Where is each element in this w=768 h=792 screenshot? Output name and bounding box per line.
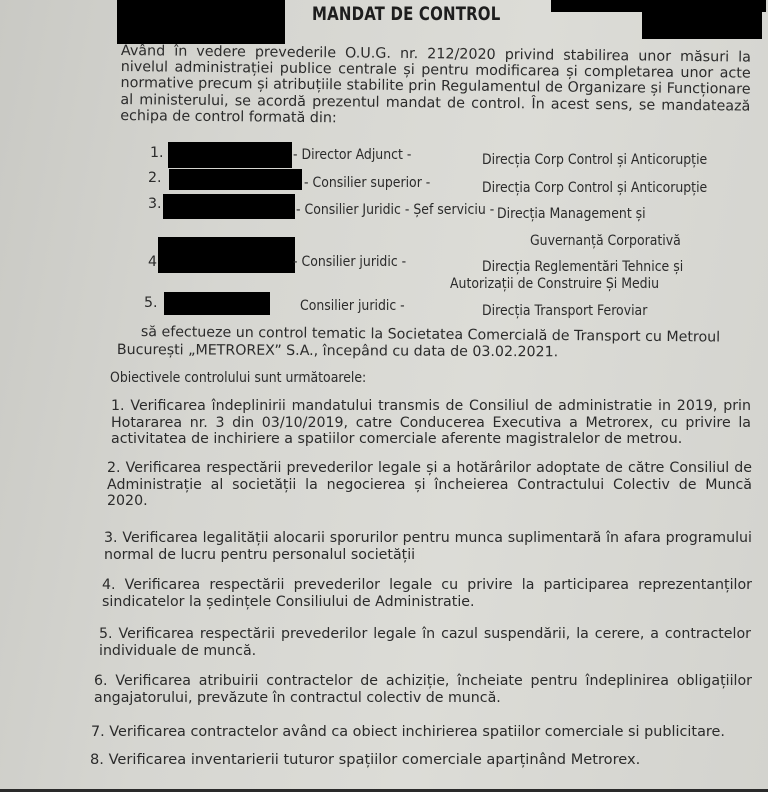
redacted-name xyxy=(168,142,292,168)
team-number: 2. xyxy=(148,170,162,186)
objective-item: 6. Verificarea atribuirii contractelor d… xyxy=(94,673,752,706)
redaction-header-left xyxy=(117,0,285,44)
redaction-header-right-block xyxy=(642,0,762,39)
redacted-name xyxy=(158,237,295,273)
objective-item: 5. Verificarea respectării prevederilor … xyxy=(99,626,751,659)
team-department: Direcția Management și xyxy=(497,206,646,222)
intro-paragraph: Având în vedere prevederile O.U.G. nr. 2… xyxy=(120,43,751,131)
team-department-line2: Guvernanță Corporativă xyxy=(530,233,681,249)
team-role: - Consilier juridic - xyxy=(293,254,406,270)
redacted-name xyxy=(163,194,295,219)
team-department: Direcția Corp Control și Anticorupție xyxy=(482,180,707,196)
redacted-name xyxy=(169,169,302,190)
document-title: MANDAT DE CONTROL xyxy=(312,4,500,25)
objective-item: 4. Verificarea respectării prevederilor … xyxy=(102,577,752,610)
team-department: Direcția Reglementări Tehnice și xyxy=(482,259,683,275)
team-department: Direcția Corp Control și Anticorupție xyxy=(482,152,707,168)
team-number: 5. xyxy=(144,295,158,311)
objective-item: 3. Verificarea legalității alocarii spor… xyxy=(104,530,752,563)
objectives-heading: Obiectivele controlului sunt următoarele… xyxy=(110,370,366,386)
objective-item: 1. Verificarea îndeplinirii mandatului t… xyxy=(111,398,751,448)
objective-item: 7. Verificarea contractelor având ca obi… xyxy=(91,724,761,741)
team-role: - Consilier Juridic - Șef serviciu - xyxy=(296,202,494,218)
team-number: 1. xyxy=(150,145,164,161)
scanned-document: MANDAT DE CONTROL Având în vedere preved… xyxy=(0,0,768,792)
team-number: 3. xyxy=(148,196,162,212)
team-role: Consilier juridic - xyxy=(300,298,405,314)
team-role: - Director Adjunct - xyxy=(293,147,411,163)
objective-item: 2. Verificarea respectării prevederilor … xyxy=(107,460,752,510)
redacted-name xyxy=(164,292,270,315)
team-department-line2: Autorizații de Construire Și Mediu xyxy=(450,276,659,292)
objective-item: 8. Verificarea inventarierii tuturor spa… xyxy=(90,752,760,769)
team-department: Direcția Transport Feroviar xyxy=(482,303,647,319)
team-role: - Consilier superior - xyxy=(304,175,430,191)
mandate-line-2: București „METROREX” S.A., începând cu d… xyxy=(117,342,558,360)
